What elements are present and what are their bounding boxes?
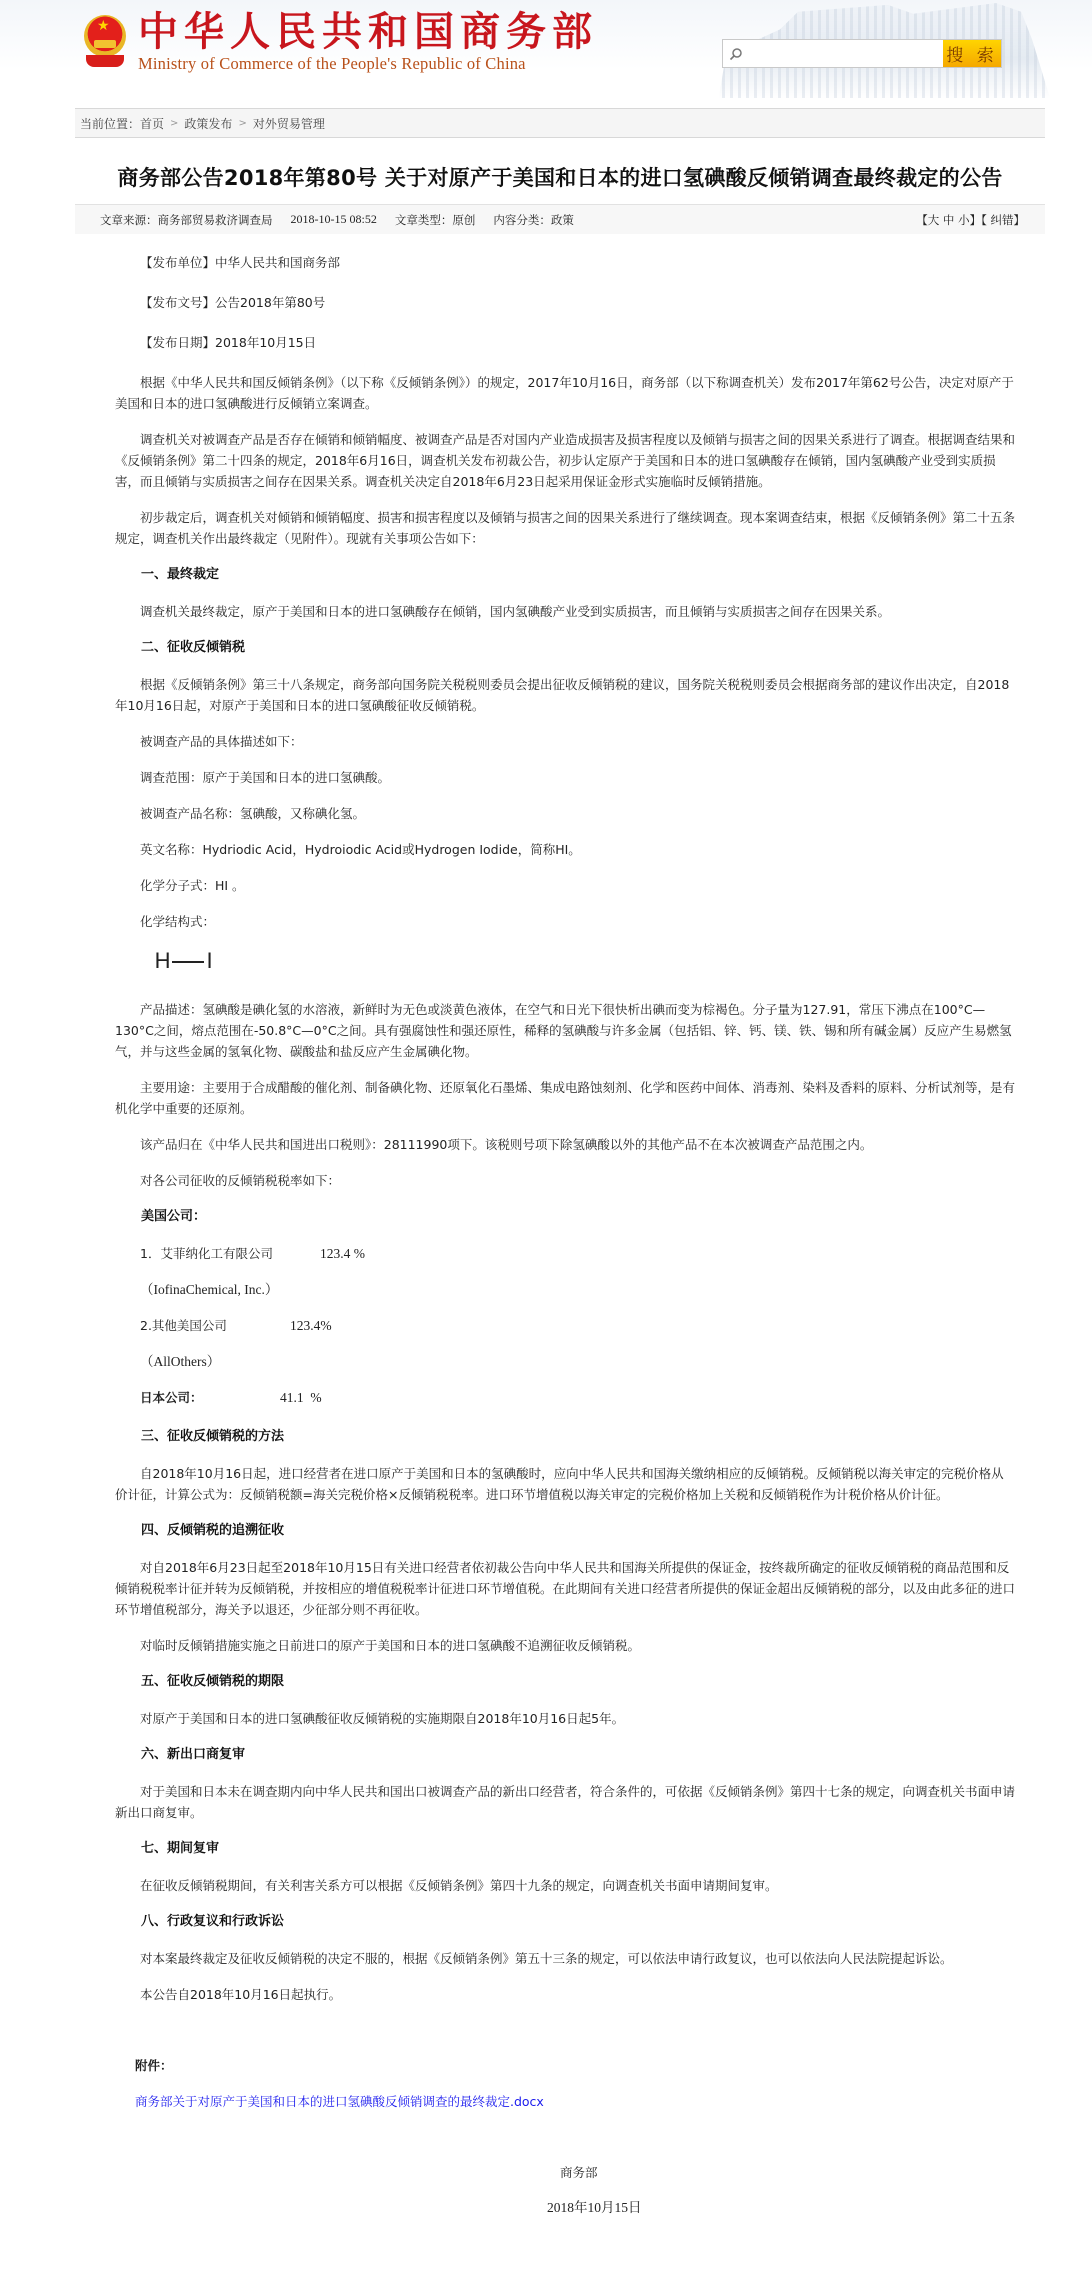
section-paragraph: 对各公司征收的反倾销税税率如下： xyxy=(115,1170,1015,1191)
site-name-en: Ministry of Commerce of the People's Rep… xyxy=(138,54,598,74)
article-body: 【发布单位】中华人民共和国商务部 【发布文号】公告2018年第80号 【发布日期… xyxy=(75,234,1045,2218)
article-datetime: 2018-10-15 08:52 xyxy=(291,212,377,227)
company-rate-row: 1．艾菲纳化工有限公司 123.4 % xyxy=(115,1243,1015,1264)
source-value: 商务部贸易救济调查局 xyxy=(158,213,273,227)
info-label: 【发布日期】 xyxy=(140,335,215,350)
company-en: （AllOthers） xyxy=(140,1351,220,1372)
japan-rate: 41.1 % xyxy=(280,1387,322,1408)
section-paragraph: 自2018年10月16日起，进口经营者在进口原产于美国和日本的氢碘酸时，应向中华… xyxy=(115,1463,1015,1505)
search-input[interactable] xyxy=(749,40,943,67)
section-paragraph: 化学分子式：HI 。 xyxy=(115,875,1015,896)
section-paragraph: 对于美国和日本未在调查期内向中华人民共和国出口被调查产品的新出口经营者，符合条件… xyxy=(115,1781,1015,1823)
article-title: 商务部公告2018年第80号 关于对原产于美国和日本的进口氢碘酸反倾销调查最终裁… xyxy=(75,162,1045,194)
breadcrumb: 当前位置： 首页 > 政策发布 > 对外贸易管理 xyxy=(75,108,1045,138)
signature-org: 商务部 xyxy=(115,2162,1015,2183)
structure-atom-h: H xyxy=(155,948,171,973)
section-paragraph: 对自2018年6月23日起至2018年10月15日有关进口经营者依初裁公告向中华… xyxy=(115,1557,1015,1620)
search-box: 搜 索 xyxy=(722,39,1002,68)
type-value: 原创 xyxy=(452,213,475,227)
intro-paragraph: 根据《中华人民共和国反倾销条例》（以下称《反倾销条例》）的规定，2017年10月… xyxy=(115,372,1015,414)
info-value: 2018年10月15日 xyxy=(215,335,316,350)
section-paragraph: 该产品归在《中华人民共和国进出口税则》：28111990项下。该税则号项下除氢碘… xyxy=(115,1134,1015,1155)
japan-companies-label: 日本公司： xyxy=(140,1387,280,1408)
site-header: ★ 中华人民共和国商务部 Ministry of Commerce of the… xyxy=(0,0,1092,100)
company-name: 2.其他美国公司 xyxy=(140,1315,290,1336)
info-label: 【发布单位】 xyxy=(140,255,215,270)
breadcrumb-home[interactable]: 首页 xyxy=(140,115,164,132)
report-error-link[interactable]: 【 纠错】 xyxy=(981,213,1025,227)
company-english-name: （AllOthers） xyxy=(115,1351,1015,1372)
publish-doc-number: 【发布文号】公告2018年第80号 xyxy=(115,292,1015,313)
font-size-control[interactable]: 【大 中 小】 xyxy=(916,213,981,227)
intro-paragraph: 初步裁定后，调查机关对倾销和倾销幅度、损害和损害程度以及倾销与损害之间的因果关系… xyxy=(115,507,1015,549)
category-value: 政策 xyxy=(551,213,574,227)
company-rate: 123.4% xyxy=(290,1315,332,1336)
chemical-structure-diagram: HI xyxy=(115,950,1015,971)
site-name-cn: 中华人民共和国商务部 xyxy=(138,10,598,54)
section-heading: 五、征收反倾销税的期限 xyxy=(115,1671,1015,1692)
section-paragraph: 在征收反倾销税期间，有关利害关系方可以根据《反倾销条例》第四十九条的规定，向调查… xyxy=(115,1875,1015,1896)
company-en: （IofinaChemical, Inc.） xyxy=(140,1279,278,1300)
publish-date: 【发布日期】2018年10月15日 xyxy=(115,332,1015,353)
structure-atom-i: I xyxy=(206,948,212,973)
search-icon xyxy=(723,40,749,67)
section-paragraph: 产品描述：氢碘酸是碘化氢的水溶液，新鲜时为无色或淡黄色液体，在空气和日光下很快析… xyxy=(115,999,1015,1062)
article-type: 文章类型：原创 xyxy=(395,212,476,228)
source-label: 文章来源： xyxy=(100,213,158,227)
section-paragraph: 对本案最终裁定及征收反倾销税的决定不服的，根据《反倾销条例》第五十三条的规定，可… xyxy=(115,1948,1015,1969)
section-heading: 四、反倾销税的追溯征收 xyxy=(115,1520,1015,1541)
article-source: 文章来源：商务部贸易救济调查局 xyxy=(100,212,273,228)
section-heading: 一、最终裁定 xyxy=(115,564,1015,585)
section-paragraph: 英文名称：Hydriodic Acid，Hydroiodic Acid或Hydr… xyxy=(115,839,1015,860)
article-tools: 【大 中 小】【 纠错】 xyxy=(916,212,1025,228)
company-name: 1．艾菲纳化工有限公司 xyxy=(140,1243,320,1264)
publish-unit: 【发布单位】中华人民共和国商务部 xyxy=(115,252,1015,273)
company-rate-row: 2.其他美国公司 123.4% xyxy=(115,1315,1015,1336)
us-companies-label: 美国公司： xyxy=(115,1206,1015,1227)
section-paragraph: 被调查产品名称：氢碘酸，又称碘化氢。 xyxy=(115,803,1015,824)
breadcrumb-separator: > xyxy=(238,118,246,129)
section-paragraph: 对临时反倾销措施实施之日前进口的原产于美国和日本的进口氢碘酸不追溯征收反倾销税。 xyxy=(115,1635,1015,1656)
section-paragraph: 调查范围：原产于美国和日本的进口氢碘酸。 xyxy=(115,767,1015,788)
national-emblem-icon: ★ xyxy=(82,13,128,71)
section-heading: 二、征收反倾销税 xyxy=(115,637,1015,658)
section-heading: 三、征收反倾销税的方法 xyxy=(115,1426,1015,1447)
attachment-download-link[interactable]: 商务部关于对原产于美国和日本的进口氢碘酸反倾销调查的最终裁定.docx xyxy=(115,2091,1015,2112)
breadcrumb-label: 当前位置： xyxy=(80,115,140,132)
article-category: 内容分类：政策 xyxy=(493,212,574,228)
attachment-label: 附件： xyxy=(115,2055,1015,2076)
company-rate: 123.4 % xyxy=(320,1243,365,1264)
info-value: 中华人民共和国商务部 xyxy=(215,255,340,270)
section-paragraph: 调查机关最终裁定，原产于美国和日本的进口氢碘酸存在倾销，国内氢碘酸产业受到实质损… xyxy=(115,601,1015,622)
search-button[interactable]: 搜 索 xyxy=(943,40,1001,67)
section-paragraph: 化学结构式： xyxy=(115,911,1015,932)
site-logo[interactable]: ★ 中华人民共和国商务部 Ministry of Commerce of the… xyxy=(82,10,598,74)
section-heading: 六、新出口商复审 xyxy=(115,1744,1015,1765)
page-container: 当前位置： 首页 > 政策发布 > 对外贸易管理 商务部公告2018年第80号 … xyxy=(75,108,1045,2218)
japan-rate-row: 日本公司： 41.1 % xyxy=(115,1387,1015,1408)
category-label: 内容分类： xyxy=(493,213,551,227)
section-paragraph: 本公告自2018年10月16日起执行。 xyxy=(115,1984,1015,2005)
info-value: 公告2018年第80号 xyxy=(215,295,325,310)
section-heading: 八、行政复议和行政诉讼 xyxy=(115,1911,1015,1932)
intro-paragraph: 调查机关对被调查产品是否存在倾销和倾销幅度、被调查产品是否对国内产业造成损害及损… xyxy=(115,429,1015,492)
breadcrumb-foreign-trade[interactable]: 对外贸易管理 xyxy=(253,115,325,132)
type-label: 文章类型： xyxy=(395,213,453,227)
signature-date: 2018年10月15日 xyxy=(115,2197,1015,2218)
section-paragraph: 对原产于美国和日本的进口氢碘酸征收反倾销税的实施期限自2018年10月16日起5… xyxy=(115,1708,1015,1729)
breadcrumb-separator: > xyxy=(170,118,178,129)
section-heading: 七、期间复审 xyxy=(115,1838,1015,1859)
section-paragraph: 根据《反倾销条例》第三十八条规定，商务部向国务院关税税则委员会提出征收反倾销税的… xyxy=(115,674,1015,716)
info-label: 【发布文号】 xyxy=(140,295,215,310)
breadcrumb-policy-release[interactable]: 政策发布 xyxy=(184,115,232,132)
single-bond-line xyxy=(172,961,204,963)
section-paragraph: 被调查产品的具体描述如下： xyxy=(115,731,1015,752)
company-english-name: （IofinaChemical, Inc.） xyxy=(115,1279,1015,1300)
article-meta-bar: 文章来源：商务部贸易救济调查局 2018-10-15 08:52 文章类型：原创… xyxy=(75,204,1045,234)
section-paragraph: 主要用途：主要用于合成醋酸的催化剂、制备碘化物、还原氧化石墨烯、集成电路蚀刻剂、… xyxy=(115,1077,1015,1119)
